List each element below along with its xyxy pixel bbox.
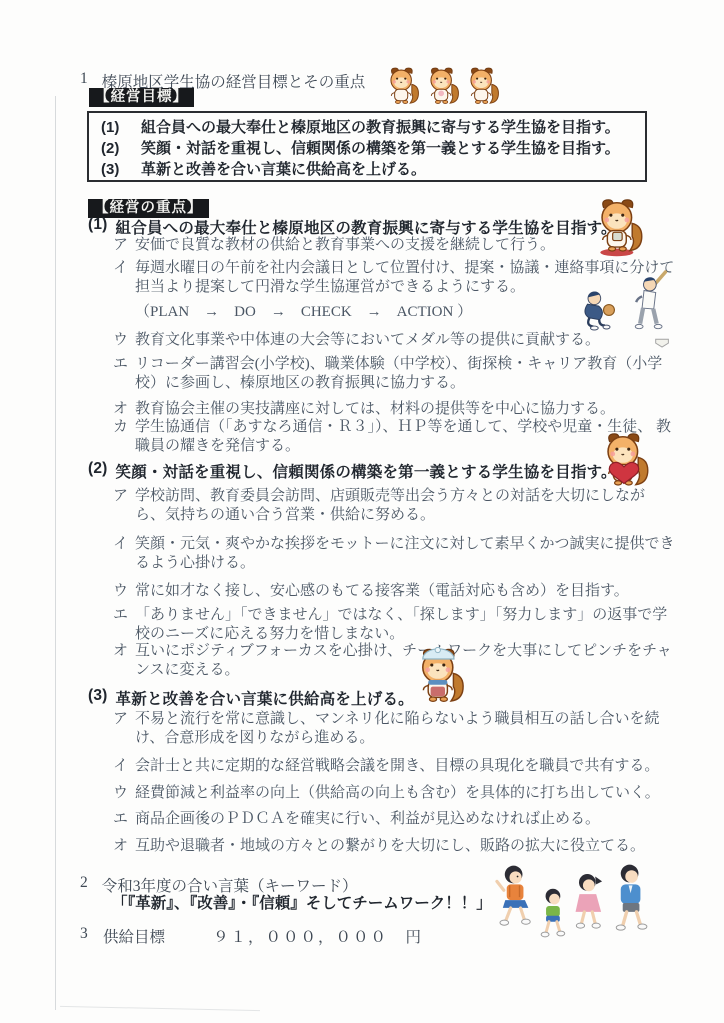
- heading-1-number: 1: [80, 70, 88, 92]
- scan-artifact-line: [60, 1006, 260, 1011]
- item-kana: エ: [113, 810, 135, 829]
- item-line: 職員の耀きを発信する。: [135, 437, 300, 456]
- item-kana: ア: [113, 487, 135, 506]
- item-line: 経費節減と利益率の向上（供給高の向上も含む）を具体的に打ち出していく。: [135, 784, 660, 803]
- item-kana: エ: [113, 606, 135, 625]
- supply-target-amount: ９１，０００，０００ 円: [213, 925, 423, 947]
- section-2-title: (2) 笑顔・対話を重視し、信頼関係の構築を第一義とする学生協を目指す。: [88, 460, 617, 482]
- section-2-item-e: エ「ありません」「できません」ではなく、「探します」「努力します」の返事で学 校…: [113, 606, 667, 644]
- goal-row: (1) 組合員への最大奉仕と榛原地区の教育振興に寄与する学生協を目指す。: [89, 117, 645, 138]
- section-1-item-a: ア安価で良質な教材の供給と教育事業への支援を継続して行う。: [113, 236, 555, 255]
- section-1-item-u: ウ教育文化事業や中体連の大会等においてメダル等の提供に貢献する。: [113, 331, 600, 350]
- section-title-text: 笑顔・対話を重視し、信頼関係の構築を第一義とする学生協を目指す。: [116, 460, 617, 482]
- section-number: (1): [88, 216, 108, 238]
- section-2-item-a: ア学校訪問、教育委員会訪問、店頭販売等出会う方々との対話を大切にしなが ら、気持…: [113, 487, 645, 525]
- item-line: 商品企画後のＰＤＣＡを確実に行い、利益が見込めなければ止める。: [135, 810, 600, 829]
- item-line: 常に如才なく接し、安心感のもてる接客業（電話対応も含め）を目指す。: [135, 582, 629, 601]
- section-title-text: 革新と改善を合い言葉に供給高を上げる。: [116, 687, 414, 709]
- squirrel-mascot-icon: [424, 62, 460, 110]
- squirrel-mascot-winter-hat-illustration: [410, 647, 468, 707]
- section-3-item-u: ウ経費節減と利益率の向上（供給高の向上も含む）を具体的に打ち出していく。: [113, 784, 660, 803]
- item-line: 不易と流行を常に意識し、マンネリ化に陥らないよう職員相互の話し合いを続: [135, 710, 660, 729]
- section-3-item-o: オ互助や退職者・地域の方々との繋がりを大切にし、販路の拡大に役立てる。: [113, 837, 645, 856]
- item-line: 安価で良質な教材の供給と教育事業への支援を継続して行う。: [135, 236, 555, 255]
- item-kana: ア: [113, 710, 135, 729]
- item-kana: カ: [113, 418, 135, 437]
- section-number: (3): [88, 687, 108, 709]
- heading-3-number: 3: [80, 925, 103, 947]
- item-kana: オ: [113, 642, 135, 661]
- section-1-item-ka: カ学生協通信（「あすなろ通信・Ｒ３」）、ＨＰ等を通して、学校や児童・生徒、 教 …: [113, 418, 671, 456]
- item-kana: ウ: [113, 331, 135, 350]
- heading-2-number: 2: [80, 874, 88, 896]
- item-kana: ウ: [113, 582, 135, 601]
- item-line: 笑顔・元気・爽やかな挨拶をモットーに注文に対して素早くかつ誠実に提供でき: [135, 535, 675, 554]
- item-line: ら、気持ちの通い合う営業・供給に努める。: [135, 506, 435, 525]
- section-2-item-o: オ互いにポジティブフォーカスを心掛け、チームワークを大事にしてピンチをチャ ンス…: [113, 642, 672, 680]
- heading-3: 3 供給目標 ９１，０００，０００ 円: [80, 925, 423, 947]
- section-1-item-o: オ教育協会主催の実技講座に対しては、材料の提供等を中心に協力する。: [113, 400, 615, 419]
- management-goals-box: (1) 組合員への最大奉仕と榛原地区の教育振興に寄与する学生協を目指す。 (2)…: [87, 111, 647, 182]
- item-line: 教育文化事業や中体連の大会等においてメダル等の提供に貢献する。: [135, 331, 600, 350]
- squirrel-mascot-icon: [384, 62, 420, 110]
- item-line: 会計士と共に定期的な経営戦略会議を開き、目標の具現化を職員で共有する。: [135, 757, 659, 776]
- item-kana: オ: [113, 400, 135, 419]
- item-kana: イ: [113, 259, 135, 278]
- item-kana: ア: [113, 236, 135, 255]
- section-3-item-a: ア不易と流行を常に意識し、マンネリ化に陥らないよう職員相互の話し合いを続 け、合…: [113, 710, 660, 748]
- goal-text: 組合員への最大奉仕と榛原地区の教育振興に寄与する学生協を目指す。: [141, 117, 620, 138]
- item-line: リコーダー講習会(小学校)、職業体験（中学校）、街探検・キャリア教育（小学: [135, 355, 662, 374]
- item-kana: エ: [113, 355, 135, 374]
- goal-number: (2): [89, 138, 141, 159]
- goal-text: 革新と改善を合い言葉に供給高を上げる。: [141, 159, 426, 180]
- item-line: （PLAN → DO → CHECK → ACTION ）: [135, 303, 472, 322]
- section-3-item-i: イ会計士と共に定期的な経営戦略会議を開き、目標の具現化を職員で共有する。: [113, 757, 659, 776]
- item-line: 学生協通信（「あすなろ通信・Ｒ３」）、ＨＰ等を通して、学校や児童・生徒、 教: [135, 418, 671, 437]
- section-number: (2): [88, 460, 108, 482]
- squirrel-mascot-on-cushion-illustration: [592, 196, 644, 258]
- goal-number: (1): [89, 117, 141, 138]
- children-walking-illustration: [492, 860, 664, 948]
- item-kana: イ: [113, 535, 135, 554]
- item-line: 教育協会主催の実技講座に対しては、材料の提供等を中心に協力する。: [135, 400, 615, 419]
- top-mascot-row: [384, 62, 500, 110]
- goal-text: 笑顔・対話を重視し、信頼関係の構築を第一義とする学生協を目指す。: [141, 138, 620, 159]
- item-kana: オ: [113, 837, 135, 856]
- pdca-cycle-line: （PLAN → DO → CHECK → ACTION ）: [113, 303, 472, 322]
- item-line: 「ありません」「できません」ではなく、「探します」「努力します」の返事で学: [135, 606, 667, 625]
- section-2-item-u: ウ常に如才なく接し、安心感のもてる接客業（電話対応も含め）を目指す。: [113, 582, 629, 601]
- item-kana: イ: [113, 757, 135, 776]
- goal-row: (3) 革新と改善を合い言葉に供給高を上げる。: [89, 159, 645, 180]
- document-page: 1 榛原地区学生協の経営目標とその重点 【経営目標】 (1) 組合員への最大奉仕…: [0, 0, 724, 1023]
- section-2-item-i: イ笑顔・元気・爽やかな挨拶をモットーに注文に対して素早くかつ誠実に提供でき るよ…: [113, 535, 675, 573]
- section-3-item-e: エ商品企画後のＰＤＣＡを確実に行い、利益が見込めなければ止める。: [113, 810, 600, 829]
- section-1-title: (1) 組合員への最大奉仕と榛原地区の教育振興に寄与する学生協を目指す。: [88, 216, 617, 238]
- section-3-title: (3) 革新と改善を合い言葉に供給高を上げる。: [88, 687, 414, 709]
- section-title-text: 組合員への最大奉仕と榛原地区の教育振興に寄与する学生協を目指す。: [116, 216, 617, 238]
- annual-slogan: 「『革新』、『改善』・『信頼』そしてチームワーク！！」: [112, 891, 492, 913]
- item-line: 互助や退職者・地域の方々との繋がりを大切にし、販路の拡大に役立てる。: [135, 837, 645, 856]
- management-goal-label: 【経営目標】: [89, 88, 194, 107]
- item-line: るよう心掛ける。: [135, 554, 255, 573]
- section-1-item-e: エリコーダー講習会(小学校)、職業体験（中学校）、街探検・キャリア教育（小学 校…: [113, 355, 662, 393]
- item-kana: [113, 303, 135, 322]
- item-line: け、合意形成を図りながら進める。: [135, 729, 374, 748]
- item-line: 互いにポジティブフォーカスを心掛け、チームワークを大事にしてピンチをチャ: [135, 642, 672, 661]
- scanned-page-edge-line: [55, 96, 56, 1010]
- squirrel-mascot-icon: [464, 62, 500, 110]
- supply-target-label: 供給目標: [103, 925, 165, 947]
- item-line: ンスに変える。: [135, 661, 240, 680]
- item-line: 学校訪問、教育委員会訪問、店頭販売等出会う方々との対話を大切にしなが: [135, 487, 645, 506]
- goal-row: (2) 笑顔・対話を重視し、信頼関係の構築を第一義とする学生協を目指す。: [89, 138, 645, 159]
- item-kana: ウ: [113, 784, 135, 803]
- squirrel-mascot-holding-heart-illustration: [598, 431, 650, 491]
- item-line: 担当より提案して円滑な学生協運営ができるようにする。: [135, 278, 525, 297]
- goal-number: (3): [89, 159, 141, 180]
- item-line: 校）に参画し、榛原地区の教育振興に協力する。: [135, 374, 465, 393]
